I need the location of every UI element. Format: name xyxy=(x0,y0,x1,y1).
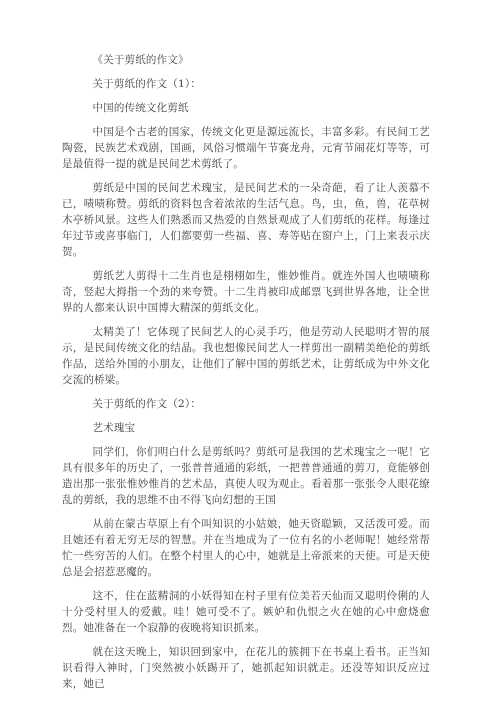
document-heading: 关于剪纸的作文（1）： xyxy=(62,76,430,92)
document-subtitle: 中国的传统文化剪纸 xyxy=(62,100,430,116)
document-page: 《关于剪纸的作文》关于剪纸的作文（1）：中国的传统文化剪纸中国是个古老的国家，传… xyxy=(0,0,500,707)
paragraph: 从前在蒙古草原上有个叫知识的小姑娘，她天资聪颖，又活泼可爱。而且她还有着无穷无尽… xyxy=(62,516,430,580)
document-title: 《关于剪纸的作文》 xyxy=(62,52,430,68)
paragraph: 剪纸艺人剪得十二生肖也是栩栩如生，惟妙惟肖。就连外国人也啧啧称奇，竖起大拇指一个… xyxy=(62,268,430,316)
document-heading: 关于剪纸的作文（2）： xyxy=(62,396,430,412)
paragraph: 太精美了！它体现了民间艺人的心灵手巧，他是劳动人民聪明才智的展示，是民间传统文化… xyxy=(62,324,430,388)
paragraph: 这不，住在蓝精洞的小妖得知在村子里有位美若天仙而又聪明伶俐的人十分受村里人的爱戴… xyxy=(62,588,430,636)
paragraph: 同学们，你们明白什么是剪纸吗？剪纸可是我国的艺术瑰宝之一呢！它具有很多年的历史了… xyxy=(62,444,430,508)
paragraph: 剪纸是中国的民间艺术瑰宝，是民间艺术的一朵奇葩，看了让人羡慕不已，啧啧称赞。剪纸… xyxy=(62,180,430,260)
paragraph: 中国是个古老的国家，传统文化更是源远流长，丰富多彩。有民间工艺陶瓷，民族艺术戏剧… xyxy=(62,124,430,172)
document-subtitle: 艺术瑰宝 xyxy=(62,420,430,436)
paragraph: 就在这天晚上，知识回到家中，在花儿的簇拥下在书桌上看书。正当知识看得入神时，门突… xyxy=(62,644,430,692)
document-body: 《关于剪纸的作文》关于剪纸的作文（1）：中国的传统文化剪纸中国是个古老的国家，传… xyxy=(62,52,430,692)
